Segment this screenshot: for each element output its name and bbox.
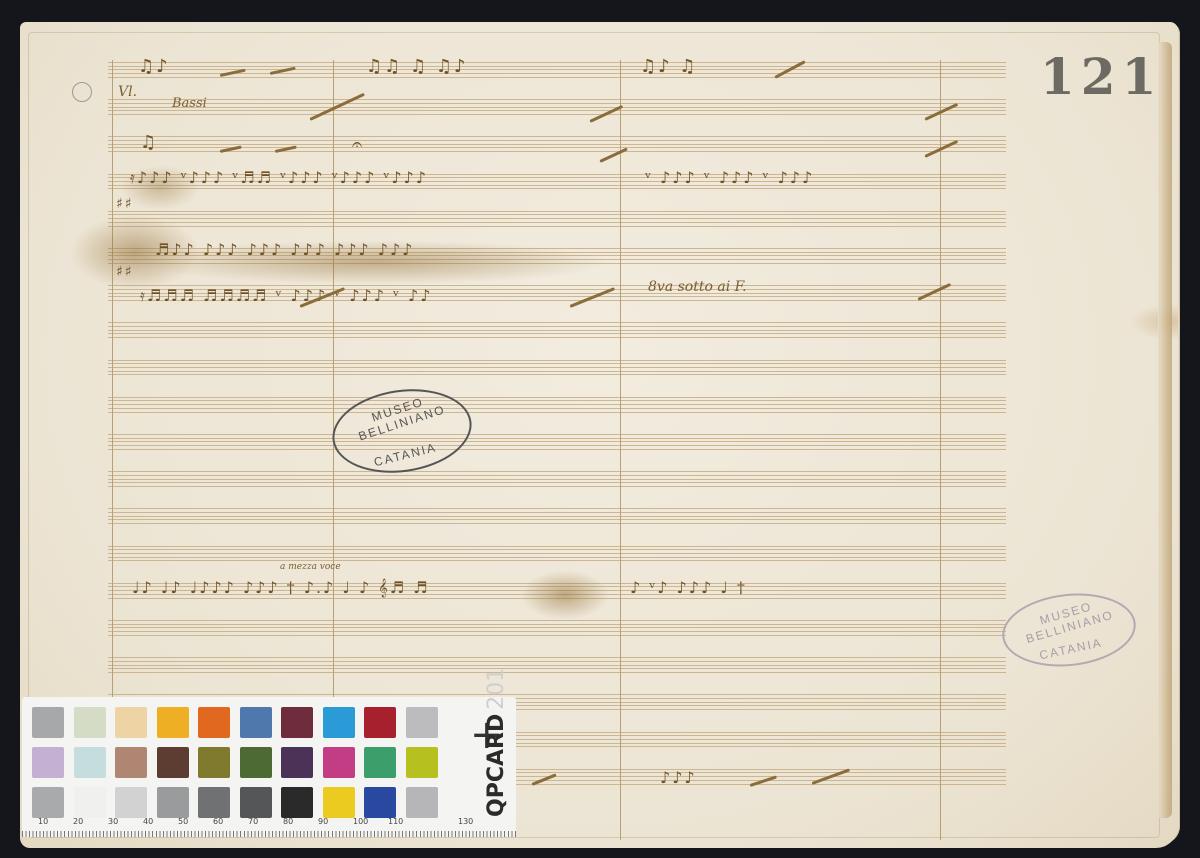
barline	[940, 60, 941, 840]
ruler-label: 50	[178, 817, 188, 826]
ruler-label: 130	[458, 817, 473, 826]
notation: ♫♫ ♫ ♫♪	[366, 56, 467, 77]
staff	[108, 211, 1006, 227]
barline	[112, 60, 113, 760]
ruler-label: 60	[213, 817, 223, 826]
staff	[108, 471, 1006, 487]
ruler-label: 20	[73, 817, 83, 826]
staff	[108, 360, 1006, 376]
staff	[108, 99, 1006, 115]
color-patch	[281, 707, 313, 738]
color-patch	[364, 707, 396, 738]
notation-row: 𝄿♬♬♬ ♬♬♬♬ ᵛ ♪♪♪ ᵛ ♪♪♪ ᵛ ♪♪	[140, 286, 432, 306]
staff	[108, 620, 1006, 636]
ruler-label: 10	[38, 817, 48, 826]
color-patch	[364, 787, 396, 818]
dynamics-text: a mezza voce	[280, 562, 341, 572]
staff	[108, 136, 1006, 152]
color-patch	[198, 787, 230, 818]
notation: 𝄐	[352, 134, 364, 155]
color-patch	[281, 747, 313, 778]
barline	[620, 60, 621, 840]
ruler-label: 100	[353, 817, 368, 826]
color-patch	[323, 787, 355, 818]
staff	[108, 546, 1006, 562]
color-patch	[406, 707, 438, 738]
key-signature: ♯♯	[116, 264, 134, 280]
ruler-label: 110	[388, 817, 403, 826]
ruler-label: 70	[248, 817, 258, 826]
color-patch	[115, 747, 147, 778]
staff	[108, 657, 1006, 673]
folio-number: 121	[1040, 52, 1162, 102]
ruler-label: 90	[318, 817, 328, 826]
ruler-label: 80	[283, 817, 293, 826]
key-signature: ♯♯	[116, 196, 134, 212]
color-patch	[240, 707, 272, 738]
color-patch	[198, 707, 230, 738]
staff	[108, 508, 1006, 524]
color-patch	[115, 707, 147, 738]
card-brand: QPCARD201	[484, 668, 509, 817]
color-patch	[115, 787, 147, 818]
color-patch	[74, 787, 106, 818]
notation: ♫♪ ♫	[640, 56, 697, 77]
ink-stain	[520, 570, 610, 620]
octave-instruction: 8va sotto ai F.	[648, 279, 747, 295]
notation-row: ♬♪♪ ♪♪♪ ♪♪♪ ♪♪♪ ♪♪♪ ♪♪♪	[155, 240, 414, 259]
notation: ♫	[140, 132, 158, 153]
notation: ♪♪♪	[660, 768, 697, 787]
staff	[108, 397, 1006, 413]
color-patch	[157, 787, 189, 818]
color-patch	[32, 787, 64, 818]
color-patch	[32, 707, 64, 738]
mm-ruler	[22, 815, 516, 837]
notation-row: 𝄿♪♪♪ ᵛ♪♪♪ ᵛ♬♬ ᵛ♪♪♪ ᵛ♪♪♪ ᵛ♪♪♪	[130, 168, 428, 188]
color-patch	[74, 747, 106, 778]
color-calibration-card: + QPCARD201 102030405060708090100110130	[22, 697, 516, 837]
barline	[333, 60, 334, 700]
staff	[108, 322, 1006, 338]
staff	[108, 434, 1006, 450]
color-patch	[198, 747, 230, 778]
notation: ♫♪	[138, 56, 170, 77]
color-patch	[32, 747, 64, 778]
color-patch	[364, 747, 396, 778]
bassi-text: Bassi	[172, 96, 207, 111]
color-patch	[281, 787, 313, 818]
color-patch	[406, 787, 438, 818]
color-patch	[157, 707, 189, 738]
color-patch	[240, 747, 272, 778]
instrument-marking: Vl.	[118, 84, 137, 100]
ruler-label: 30	[108, 817, 118, 826]
color-patch	[323, 747, 355, 778]
color-patch	[406, 747, 438, 778]
color-patch	[157, 747, 189, 778]
color-patch	[74, 707, 106, 738]
notation-row: ᵛ ♪♪♪ ᵛ ♪♪♪ ᵛ ♪♪♪	[645, 168, 814, 187]
notation-row: ♩♪ ♩♪ ♩♪♪♪ ♪♪♪ † ♪.♪ ♩ ♪ 𝄞♬ ♬	[132, 578, 430, 598]
color-patch	[323, 707, 355, 738]
notation-row: ♪ ᵛ♪ ♪♪♪ ♩ †	[630, 578, 747, 597]
ruler-label: 40	[143, 817, 153, 826]
color-patch	[240, 787, 272, 818]
